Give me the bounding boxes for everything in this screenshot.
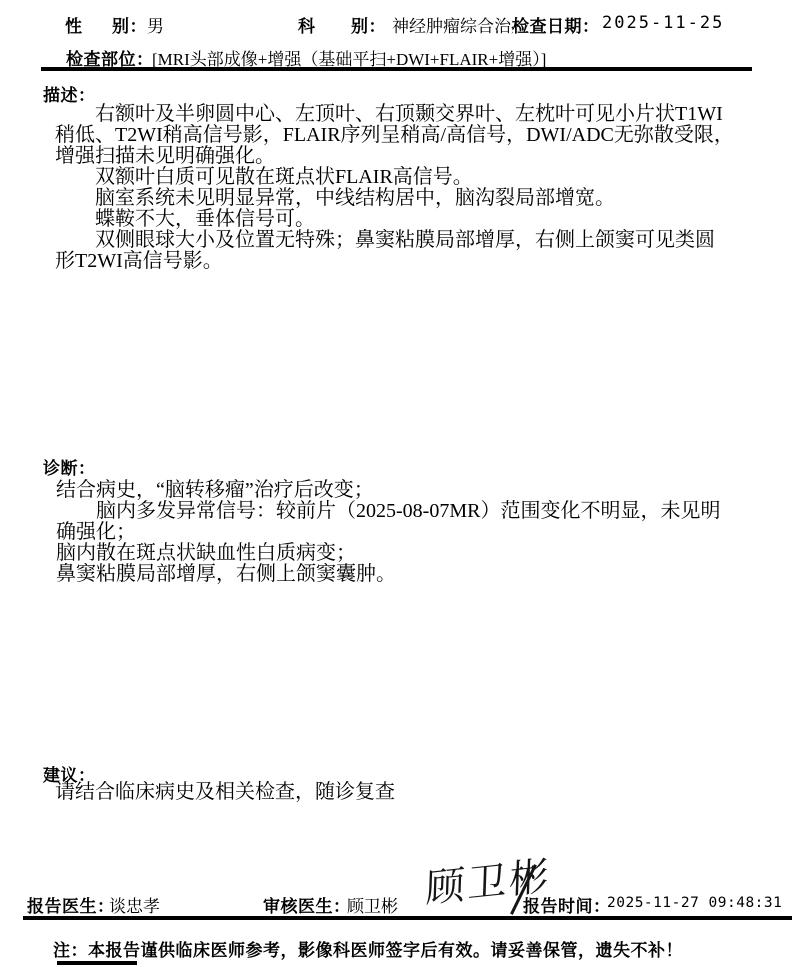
description-section-label: 描述： <box>43 81 96 106</box>
text-line: 增强扫描未见明确强化。 <box>55 146 734 167</box>
gender-value: 男 <box>147 12 164 37</box>
text-line: 脑内多发异常信号：较前片（2025-08-07MR）范围变化不明显，未见明 <box>56 501 720 522</box>
text-line: 脑内散在斑点状缺血性白质病变； <box>56 543 720 564</box>
description-text: 右额叶及半卵圆中心、左顶叶、右顶颞交界叶、左枕叶可见小片状T1WI稍低、T2WI… <box>55 104 734 272</box>
report-time-label: 报告时间： <box>523 892 611 917</box>
footer-divider-rule <box>23 916 792 920</box>
bottom-partial-rule <box>57 961 137 965</box>
department-value: 神经肿瘤综合治疗 <box>392 12 513 37</box>
department-label-colon: 别： <box>351 12 386 37</box>
exam-date-label: 检查日期： <box>512 12 600 37</box>
gender-label: 性 <box>65 12 83 37</box>
text-line: 结合病史，“脑转移瘤”治疗后改变； <box>56 480 720 501</box>
report-doctor-label: 报告医生： <box>27 892 115 917</box>
header-row-2: 检查部位： [MRI头部成像+增强（基础平扫+DWI+FLAIR+增强）] <box>0 45 794 67</box>
report-doctor-value: 谈忠孝 <box>109 892 160 917</box>
gender-label-colon: 别： <box>112 12 147 37</box>
text-line: 稍低、T2WI稍高信号影，FLAIR序列呈稍高/高信号，DWI/ADC无弥散受限… <box>55 125 734 146</box>
diagnosis-section-label: 诊断： <box>43 454 96 479</box>
review-doctor-value: 顾卫彬 <box>347 892 398 917</box>
text-line: 双额叶白质可见散在斑点状FLAIR高信号。 <box>55 167 734 188</box>
text-line: 形T2WI高信号影。 <box>55 251 734 272</box>
header-row-1: 性 别： 男 科 别： 神经肿瘤综合治疗 检查日期： 2025-11-25 <box>0 12 794 34</box>
suggestion-text: 请结合临床病史及相关检查，随诊复查 <box>55 782 395 803</box>
review-doctor-label: 审核医生： <box>263 892 351 917</box>
footer-row: 报告医生： 谈忠孝 审核医生： 顾卫彬 报告时间： 2025-11-27 09:… <box>0 892 794 914</box>
text-line: 请结合临床病史及相关检查，随诊复查 <box>55 782 395 803</box>
text-line: 双侧眼球大小及位置无特殊；鼻窦粘膜局部增厚，右侧上颌窦可见类圆 <box>55 230 734 251</box>
text-line: 蝶鞍不大，垂体信号可。 <box>55 209 734 230</box>
text-line: 鼻窦粘膜局部增厚，右侧上颌窦囊肿。 <box>56 564 720 585</box>
report-time-value: 2025-11-27 09:48:31 <box>607 895 782 911</box>
text-line: 右额叶及半卵圆中心、左顶叶、右顶颞交界叶、左枕叶可见小片状T1WI <box>55 104 734 125</box>
mri-report-page: { "header": { "gender_label_1": "性", "ge… <box>0 0 794 967</box>
text-line: 脑室系统未见明显异常，中线结构居中，脑沟裂局部增宽。 <box>55 188 734 209</box>
text-line: 确强化； <box>56 522 720 543</box>
disclaimer-note: 注：本报告谨供临床医师参考，影像科医师签字后有效。请妥善保管，遗失不补！ <box>53 936 683 961</box>
department-label: 科 <box>298 12 316 37</box>
header-divider-rule <box>41 67 752 71</box>
diagnosis-text: 结合病史，“脑转移瘤”治疗后改变；脑内多发异常信号：较前片（2025-08-07… <box>56 480 720 585</box>
exam-date-value: 2025-11-25 <box>602 13 724 33</box>
